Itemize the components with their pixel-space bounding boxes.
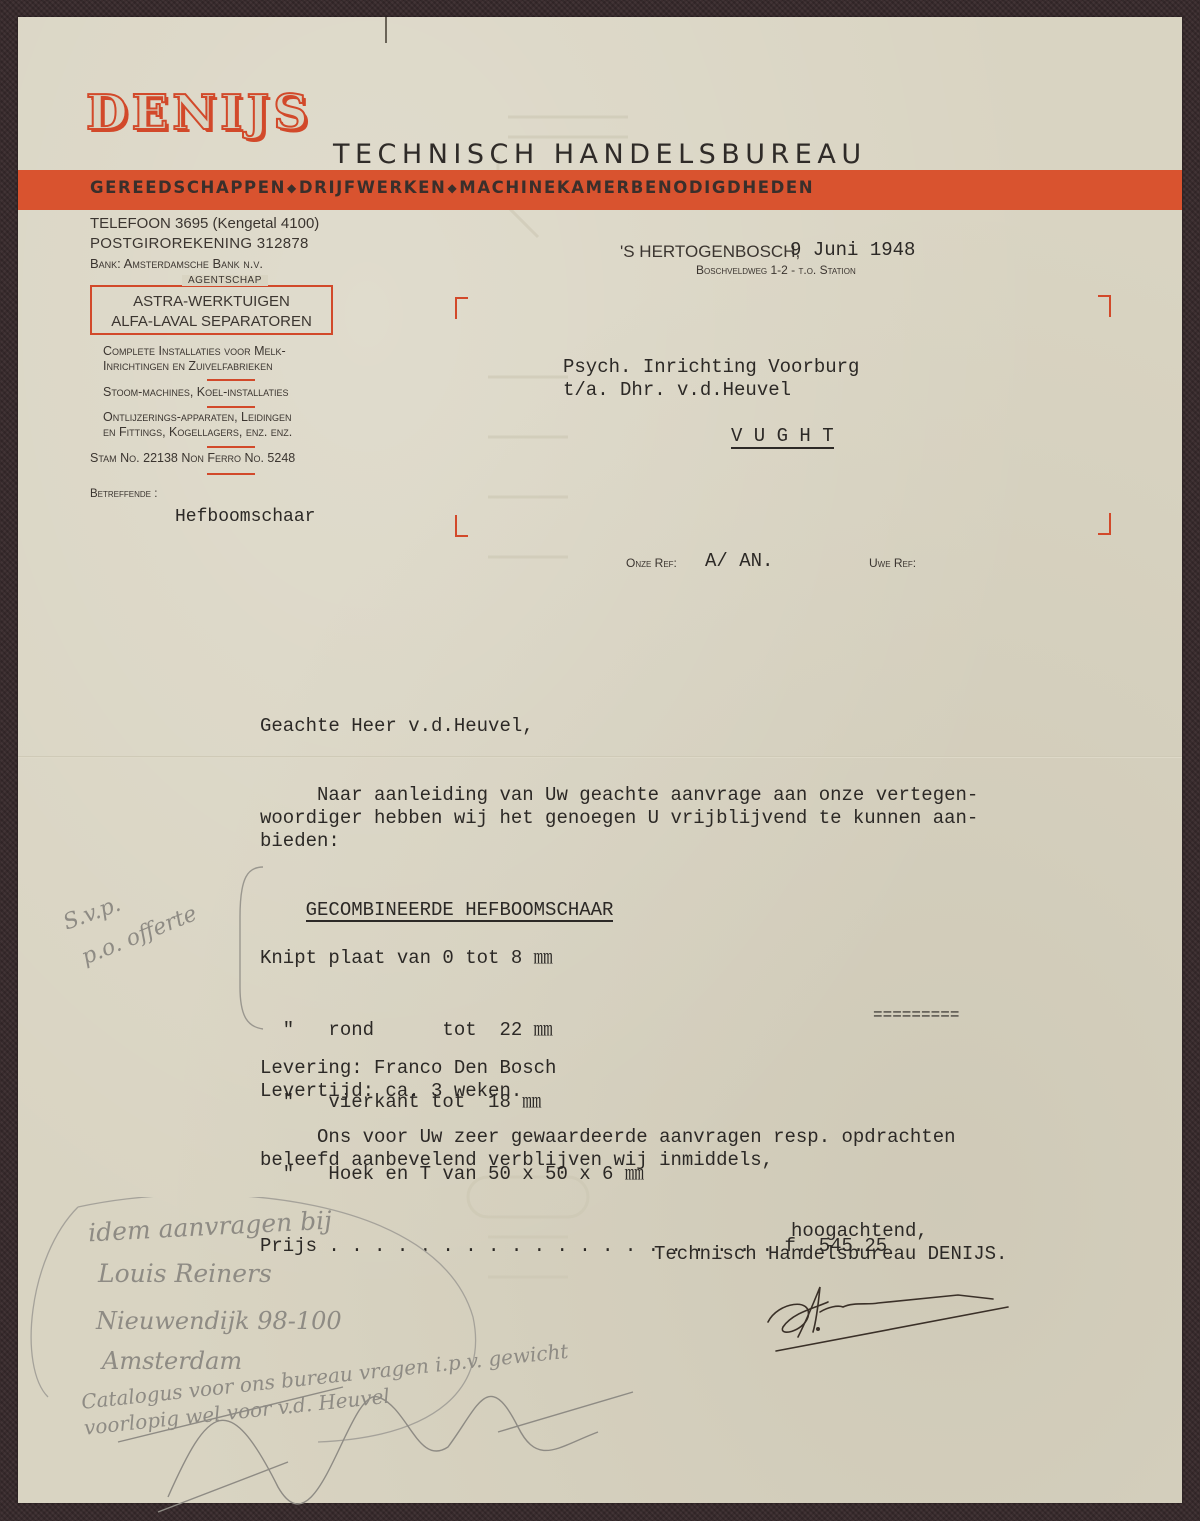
spec-line: " rond tot 22 ㎜ [260,1018,887,1042]
recipient-institution: Psych. Inrichting Voorburg [563,356,859,378]
intro-line: woordiger hebben wij het genoegen U vrij… [260,807,978,830]
closing-line: beleefd aanbevelend verblijven wij inmid… [260,1149,956,1172]
service-line: en Fittings, Kogellagers, enz. enz. [103,425,292,439]
closing-line: Ons voor Uw zeer gewaardeerde aanvragen … [260,1126,956,1149]
complimentary-close: hoogachtend, [791,1220,928,1242]
red-divider [207,473,255,475]
diamond-separator-icon: ◆ [447,181,458,195]
letter-date: 9 Juni 1948 [790,239,915,261]
agentschap-line-2: ALFA-LAVAL SEPARATOREN [90,313,333,330]
service-line: Stoom-machines, Koel-installaties [103,385,288,399]
company-logo: DENIJS [86,85,312,141]
pencil-note-line: Nieuwendijk 98-100 [96,1307,342,1335]
service-line: Inrichtingen en Zuivelfabrieken [103,359,273,373]
signatory-company: Technisch Handelsbureau DENIJS. [654,1243,1007,1265]
red-divider [207,379,255,381]
window-corner-top-right [1098,295,1111,317]
price-double-underline: ========= [873,1009,959,1021]
subject-label: Betreffende : [90,488,157,500]
place-name: 'S HERTOGENBOSCH, [620,242,800,262]
pencil-strikethrough [78,1347,638,1517]
red-divider [207,406,255,408]
delivery-line: Levering: Franco Den Bosch [260,1057,556,1080]
recipient-city: V U G H T [731,425,834,449]
agentschap-label: AGENTSCHAP [182,275,268,286]
bank-name: Bank: Amsterdamsche Bank n.v. [90,256,263,271]
agentschap-line-1: ASTRA-WERKTUIGEN [90,293,333,310]
product-categories: GEREEDSCHAPPEN◆DRIJFWERKEN◆MACHINEKAMERB… [90,178,814,197]
your-reference-label: Uwe Ref: [869,556,916,570]
subject-value: Hefboomschaar [175,507,315,527]
category-engine-room: MACHINEKAMERBENODIGDHEDEN [459,178,814,197]
postgiro-account: POSTGIROREKENING 312878 [90,235,309,252]
service-line: Ontlijzerings-apparaten, Leidingen [103,410,291,424]
diamond-separator-icon: ◆ [287,181,298,195]
intro-paragraph: Naar aanleiding van Uw geachte aanvrage … [260,784,978,853]
letter-page: DENIJS TECHNISCH HANDELSBUREAU GEREEDSCH… [18,17,1182,1503]
category-tools: GEREEDSCHAPPEN [90,178,286,197]
product-title: GECOMBINEERDE HEFBOOMSCHAAR [306,900,614,922]
handwritten-signature [758,1277,1058,1357]
window-corner-bottom-right [1098,513,1111,535]
company-name: TECHNISCH HANDELSBUREAU [333,139,867,170]
phone-number: TELEFOON 3695 (Kengetal 4100) [90,215,319,232]
intro-line: Naar aanleiding van Uw geachte aanvrage … [260,784,978,807]
intro-line: bieden: [260,830,978,853]
service-line: Complete Installaties voor Melk- [103,344,286,358]
window-corner-top-left [455,297,468,319]
our-reference-label: Onze Ref: [626,556,677,570]
recipient-attention: t/a. Dhr. v.d.Heuvel [563,379,791,401]
spec-line: Knipt plaat van 0 tot 8 ㎜ [260,946,887,970]
salutation: Geachte Heer v.d.Heuvel, [260,715,534,737]
our-reference-value: A/ AN. [705,550,773,572]
closing-paragraph: Ons voor Uw zeer gewaardeerde aanvragen … [260,1126,956,1172]
category-drives: DRIJFWERKEN [299,178,447,197]
delivery-terms: Levering: Franco Den BoschLevertijd: ca.… [260,1057,556,1103]
window-corner-bottom-left [455,515,468,537]
pencil-note-line: Louis Reiners [98,1259,272,1288]
pencil-margin-bracket [48,837,268,1047]
delivery-line: Levertijd: ca. 3 weken. [260,1080,556,1103]
fold-mark [385,17,387,43]
registration-numbers: Stam No. 22138 Non Ferro No. 5248 [90,451,295,465]
company-address: Boschveldweg 1-2 - t.o. Station [696,263,856,277]
red-divider [207,446,255,448]
